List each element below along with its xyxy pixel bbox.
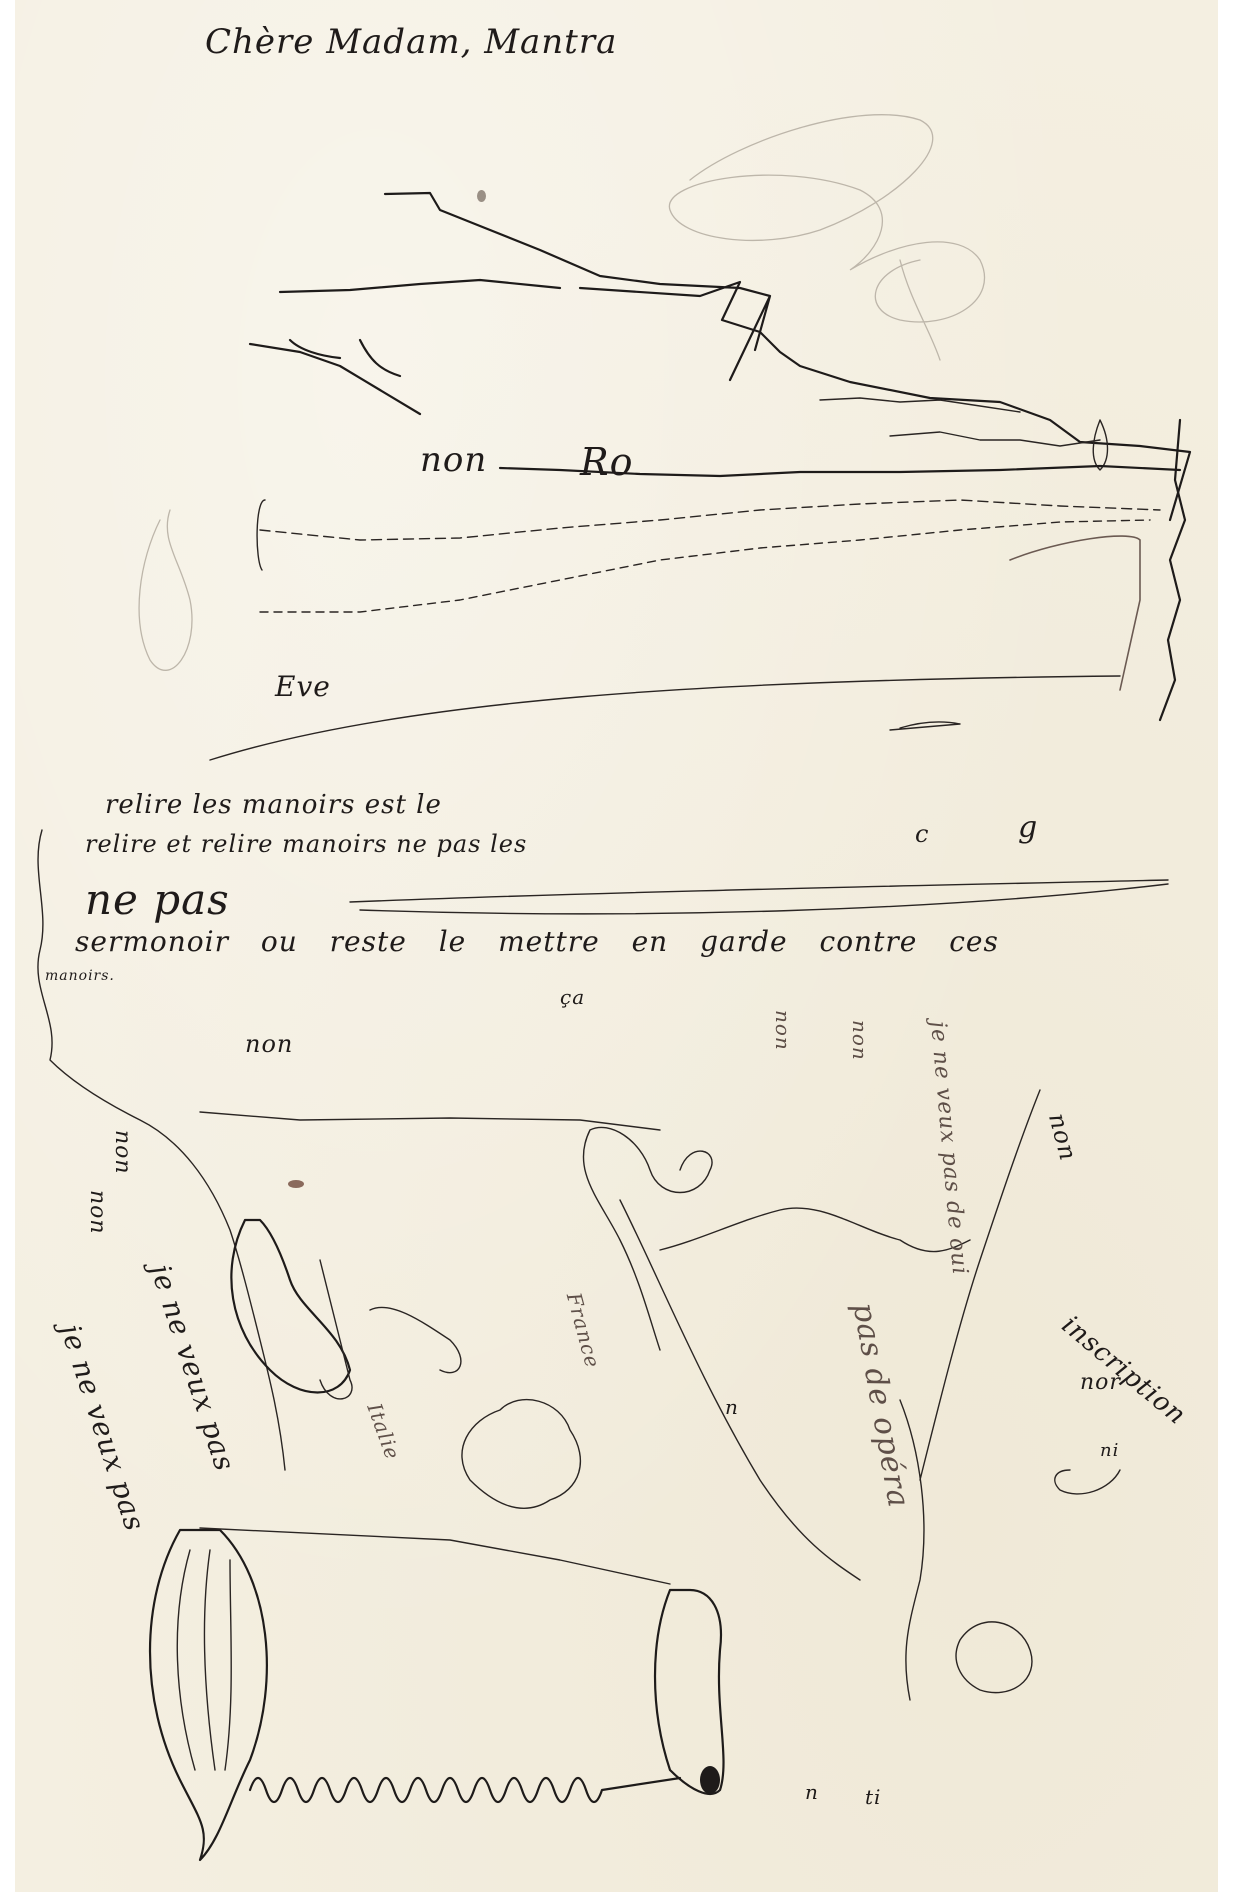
body-line-5: manoirs. xyxy=(45,968,115,984)
annotation-non-drawn: non xyxy=(245,1030,293,1058)
dash-line-1 xyxy=(260,500,1160,540)
scribble-left xyxy=(250,340,420,414)
annotation-nor: nor xyxy=(1080,1370,1121,1395)
annotation-c: c xyxy=(915,820,929,848)
header-greeting: Chère Madam, Mantra xyxy=(205,22,617,62)
dash-right xyxy=(890,722,960,730)
annotation-non-left-2: non xyxy=(85,1190,110,1235)
annotation-ro: Ro xyxy=(580,440,634,484)
blob-right xyxy=(956,1622,1032,1693)
body-line-3: ne pas xyxy=(85,875,230,924)
hook xyxy=(1093,420,1107,470)
dash-line-2 xyxy=(260,520,1150,612)
wave-line-1 xyxy=(820,398,1020,412)
coastline-upper xyxy=(280,280,560,292)
peninsula-shape xyxy=(655,1590,724,1794)
annotation-n-2: n xyxy=(805,1780,819,1804)
bottom-wave xyxy=(250,1778,680,1802)
pencil-bracket xyxy=(1010,536,1140,690)
hook-shape xyxy=(370,1307,461,1372)
island-shape xyxy=(583,1127,712,1350)
body-line-2: relire et relire manoirs ne pas les xyxy=(85,830,527,858)
crossing-line xyxy=(200,1528,670,1584)
annotation-eve: Eve xyxy=(275,670,331,703)
body-line-4: sermonoir ou reste le mettre en garde co… xyxy=(75,925,999,958)
annotation-non-vertical-2: non xyxy=(848,1020,872,1061)
bracket-left xyxy=(257,500,265,570)
body-line-1: relire les manoirs est le xyxy=(105,790,442,820)
ink-stain xyxy=(288,1180,304,1188)
pencil-scribble xyxy=(669,115,984,360)
annotation-non-left-1: non xyxy=(110,1130,135,1175)
boundary-middle xyxy=(200,1112,660,1130)
loop-right xyxy=(1055,1470,1120,1494)
coast-lower xyxy=(660,1208,970,1252)
annotation-g: g xyxy=(1018,810,1038,845)
leaf-shape xyxy=(150,1530,267,1860)
annotation-non-vertical-1: non xyxy=(771,1010,795,1051)
pencil-loop-left xyxy=(139,510,192,670)
annotation-ti: ti xyxy=(865,1785,881,1809)
blob-shape xyxy=(462,1400,580,1509)
annotation-non: non xyxy=(420,440,487,480)
ink-dot xyxy=(477,190,486,202)
coastline-top xyxy=(385,193,1190,520)
coastline-right xyxy=(1160,420,1185,720)
long-diagonal xyxy=(620,1200,860,1580)
annotation-ni: ni xyxy=(1100,1440,1119,1461)
horizontal-line-1 xyxy=(210,676,1120,760)
leaf-veins xyxy=(177,1550,231,1770)
annotation-small: ça xyxy=(560,985,585,1009)
horizontal-line-2 xyxy=(350,880,1168,914)
ink-blot xyxy=(700,1766,720,1794)
annotation-n-1: n xyxy=(725,1395,739,1419)
